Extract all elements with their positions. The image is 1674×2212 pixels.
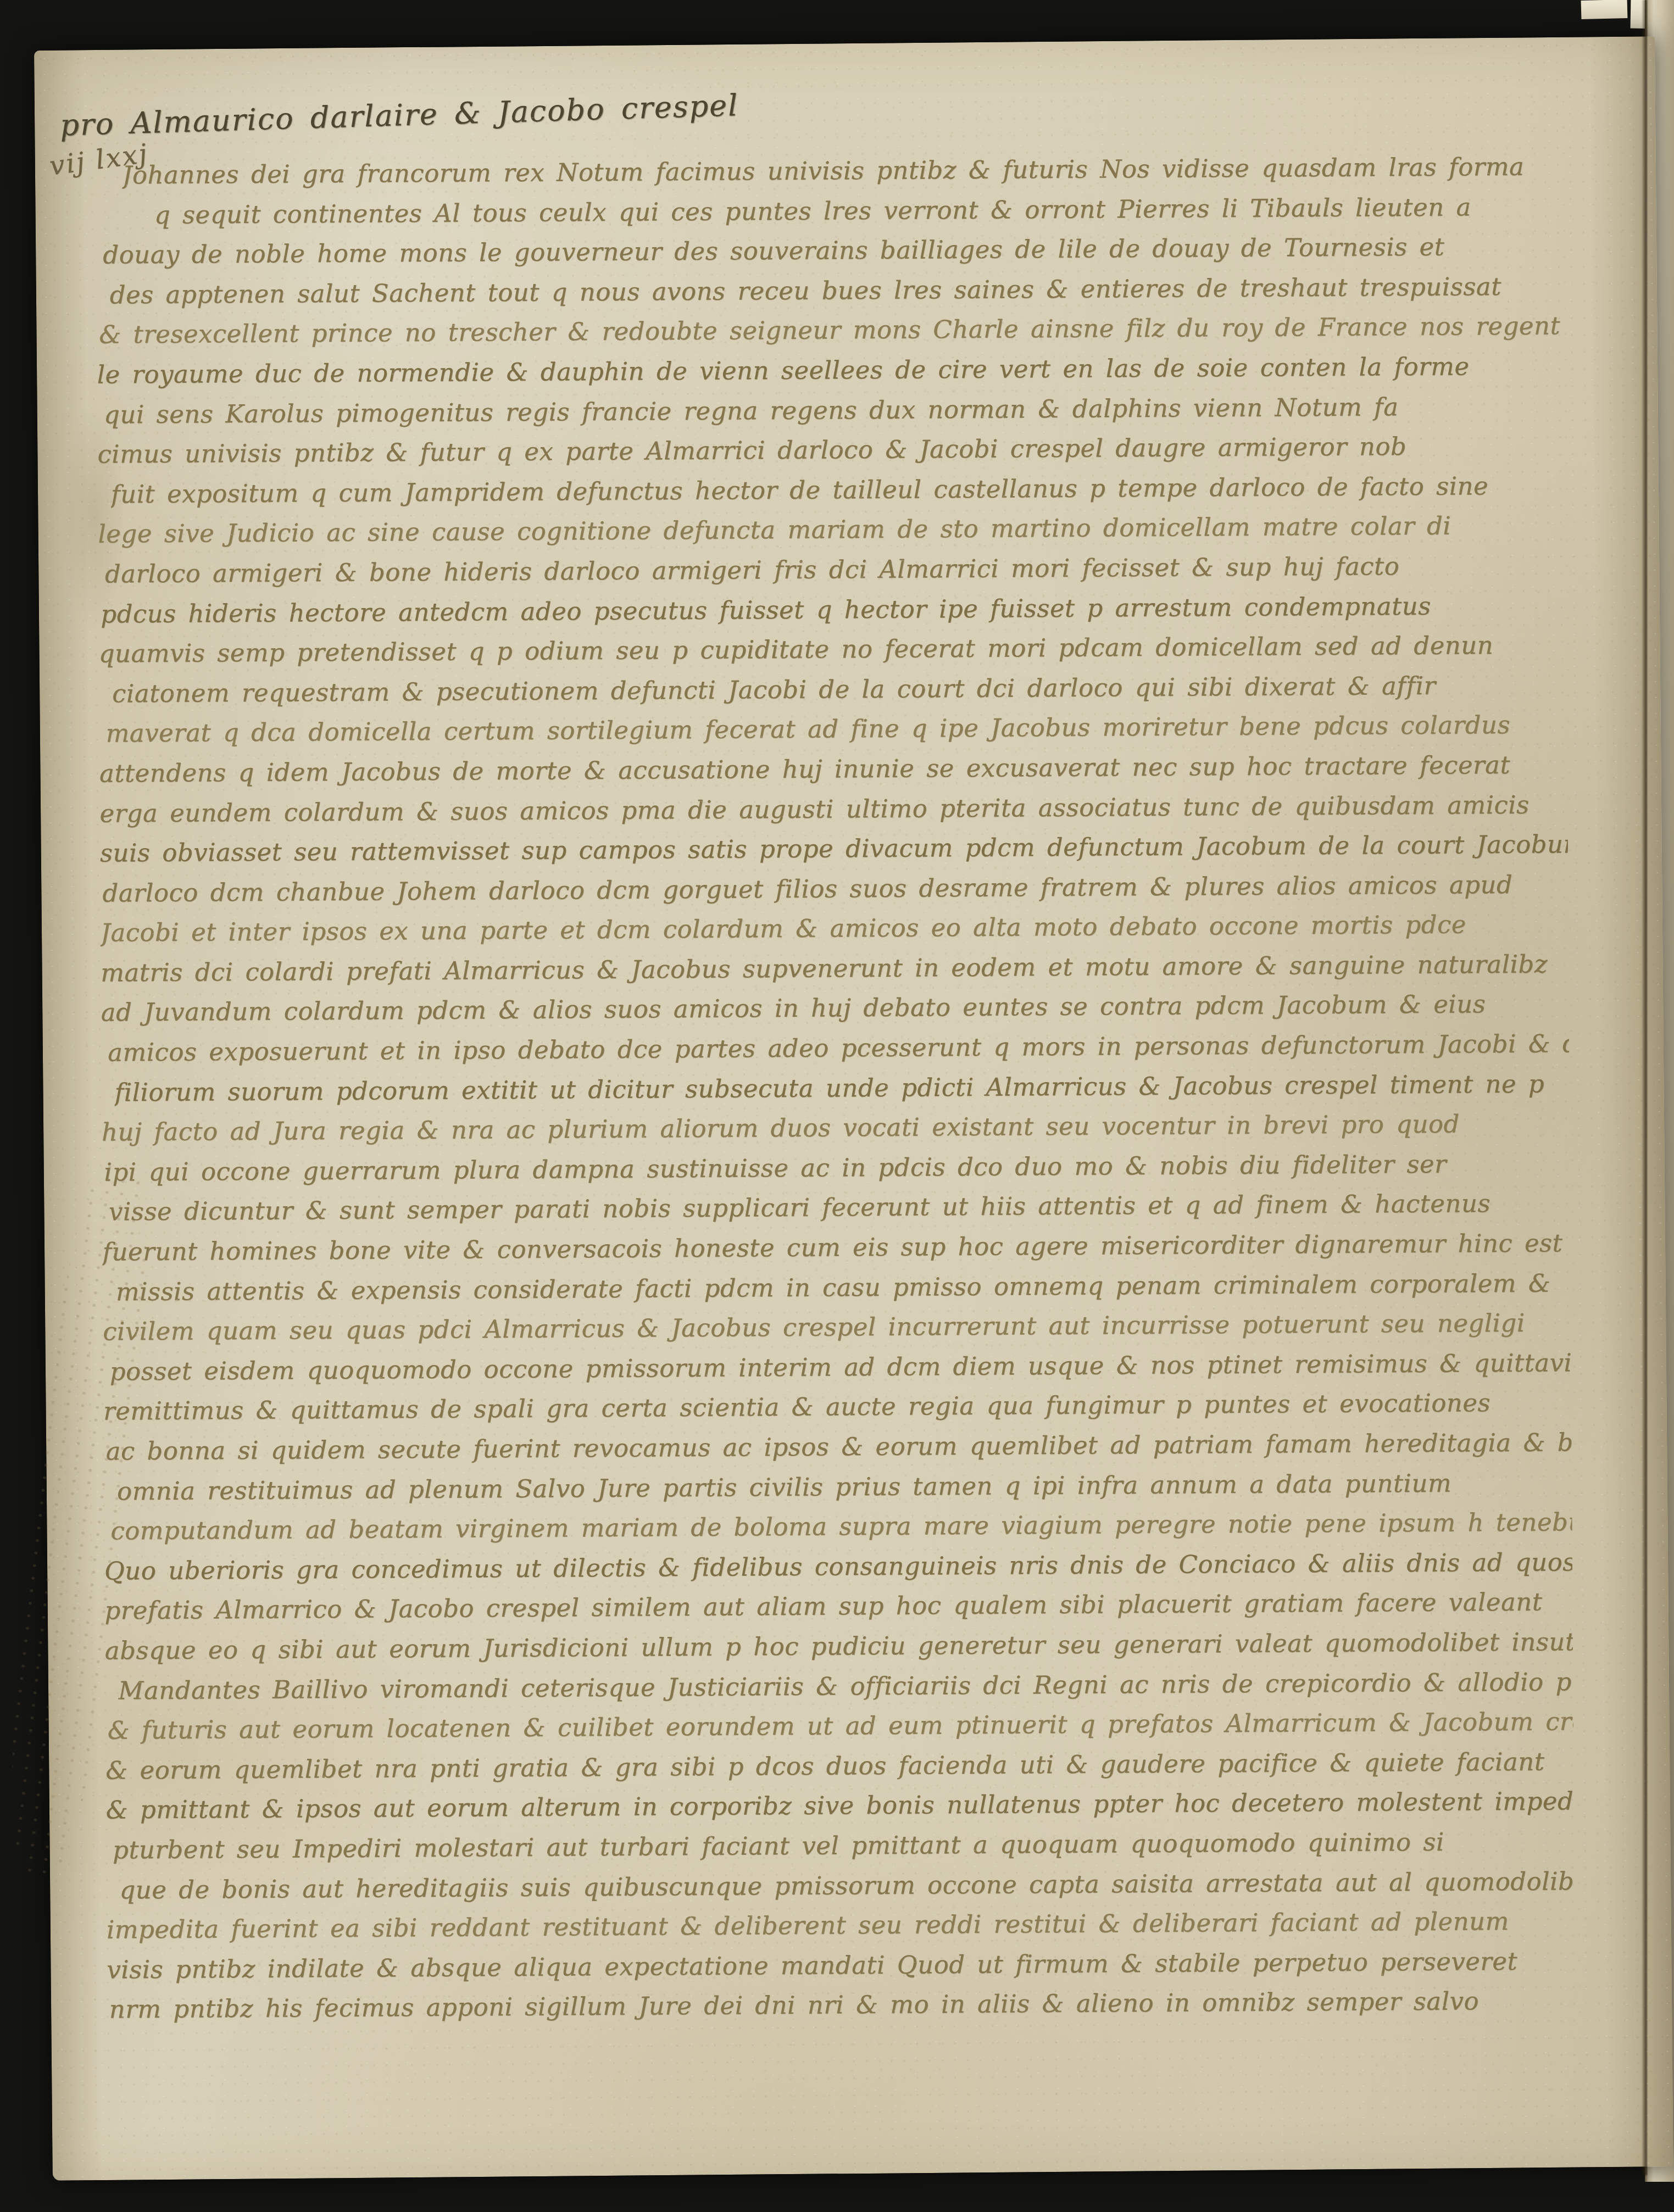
charter-text-block: Johannes dei gra francorum rex Notum fac… xyxy=(96,147,1575,2030)
binding-crease xyxy=(1642,0,1647,2175)
adjacent-leaf-corner xyxy=(1581,0,1628,19)
parchment-page: pro Almaurico darlaire & Jacobo crespel … xyxy=(34,36,1673,2181)
text-line: nrm pntibz his fecimus apponi sigillum J… xyxy=(109,1981,1575,2030)
charter-heading: pro Almaurico darlaire & Jacobo crespel xyxy=(59,88,739,143)
manuscript-photo: { "document": { "heading": "pro Almauric… xyxy=(0,0,1674,2212)
